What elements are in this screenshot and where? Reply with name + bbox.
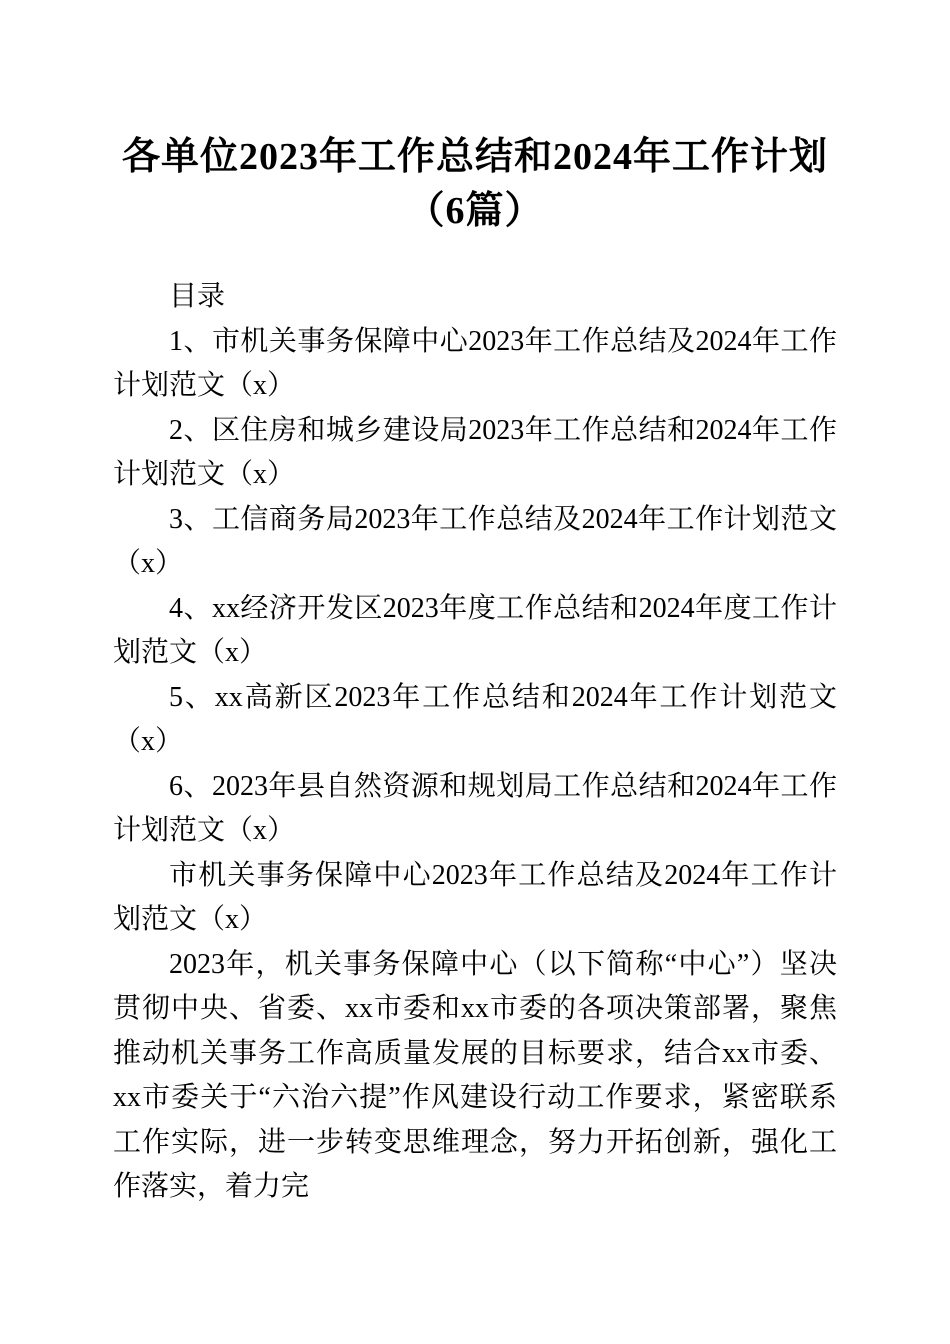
toc-item-5: 5、xx高新区2023年工作总结和2024年工作计划范文（x） (113, 676, 837, 765)
toc-heading: 目录 (113, 275, 837, 320)
toc-item-2: 2、区住房和城乡建设局2023年工作总结和2024年工作计划范文（x） (113, 409, 837, 498)
toc-item-6: 6、2023年县自然资源和规划局工作总结和2024年工作计划范文（x） (113, 765, 837, 854)
document-body: 目录 1、市机关事务保障中心2023年工作总结及2024年工作计划范文（x） 2… (113, 275, 837, 1210)
section-heading: 市机关事务保障中心2023年工作总结及2024年工作计划范文（x） (113, 854, 837, 943)
toc-item-1: 1、市机关事务保障中心2023年工作总结及2024年工作计划范文（x） (113, 320, 837, 409)
toc-item-4: 4、xx经济开发区2023年度工作总结和2024年度工作计划范文（x） (113, 587, 837, 676)
document-title: 各单位2023年工作总结和2024年工作计划（6篇） (122, 130, 828, 238)
document-page: 各单位2023年工作总结和2024年工作计划（6篇） 目录 1、市机关事务保障中… (0, 0, 950, 1344)
section-paragraph: 2023年，机关事务保障中心（以下简称“中心”）坚决贯彻中央、省委、xx市委和x… (113, 943, 837, 1210)
toc-item-3: 3、工信商务局2023年工作总结及2024年工作计划范文（x） (113, 498, 837, 587)
